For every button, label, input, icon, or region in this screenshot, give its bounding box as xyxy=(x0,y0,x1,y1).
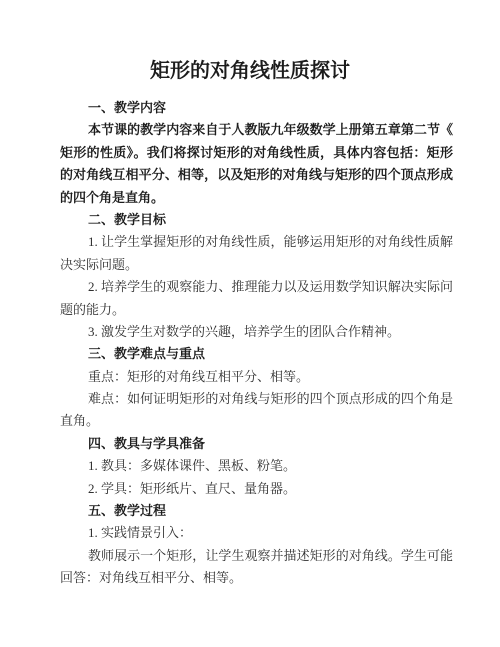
text-line: 决实际问题。 xyxy=(60,254,453,276)
document-body: 一、教学内容本节课的教学内容来自于人教版九年级数学上册第五章第二节《矩形的性质》… xyxy=(60,97,453,590)
text-line: 直角。 xyxy=(60,410,453,432)
text-line: 1. 教具：多媒体课件、黑板、粉笔。 xyxy=(60,455,453,477)
text-line: 题的能力。 xyxy=(60,299,453,321)
section-heading: 一、教学内容 xyxy=(60,97,453,119)
text-line: 本节课的教学内容来自于人教版九年级数学上册第五章第二节《 xyxy=(60,119,453,141)
section-heading: 二、教学目标 xyxy=(60,209,453,231)
section-heading: 五、教学过程 xyxy=(60,500,453,522)
text-line: 的四个角是直角。 xyxy=(60,187,453,209)
text-line: 2. 学具：矩形纸片、直尺、量角器。 xyxy=(60,478,453,500)
document-page: 矩形的对角线性质探讨 一、教学内容本节课的教学内容来自于人教版九年级数学上册第五… xyxy=(0,0,500,647)
text-line: 教师展示一个矩形，让学生观察并描述矩形的对角线。学生可能 xyxy=(60,545,453,567)
text-line: 2. 培养学生的观察能力、推理能力以及运用数学知识解决实际问 xyxy=(60,276,453,298)
text-line: 1. 让学生掌握矩形的对角线性质，能够运用矩形的对角线性质解 xyxy=(60,231,453,253)
section-heading: 四、教具与学具准备 xyxy=(60,433,453,455)
text-line: 矩形的性质》。我们将探讨矩形的对角线性质，具体内容包括：矩形 xyxy=(60,142,453,164)
text-line: 回答：对角线互相平分、相等。 xyxy=(60,567,453,589)
text-line: 的对角线互相平分、相等，以及矩形的对角线与矩形的四个顶点形成 xyxy=(60,164,453,186)
text-line: 难点：如何证明矩形的对角线与矩形的四个顶点形成的四个角是 xyxy=(60,388,453,410)
text-line: 1. 实践情景引入： xyxy=(60,522,453,544)
section-heading: 三、教学难点与重点 xyxy=(60,343,453,365)
document-title: 矩形的对角线性质探讨 xyxy=(0,0,500,86)
text-line: 3. 激发学生对数学的兴趣，培养学生的团队合作精神。 xyxy=(60,321,453,343)
text-line: 重点：矩形的对角线互相平分、相等。 xyxy=(60,366,453,388)
